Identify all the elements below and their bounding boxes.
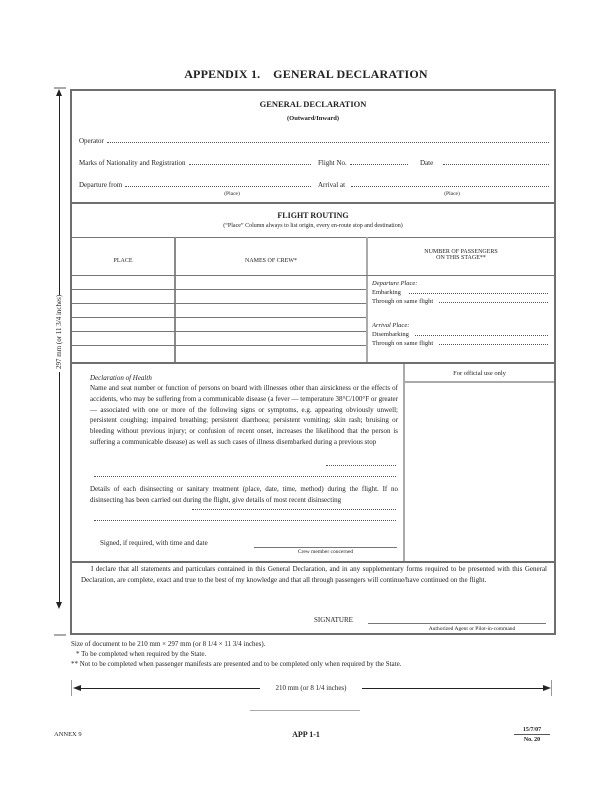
through-departure-field[interactable]: Through on same flight: [372, 298, 550, 305]
operator-field[interactable]: Operator: [79, 137, 551, 145]
side-dimension-line-top: [59, 95, 60, 295]
through-departure-input-line[interactable]: [439, 301, 548, 303]
date-input-line[interactable]: [443, 163, 549, 165]
routing-row-line: [72, 345, 366, 346]
bottom-dim-line-right: [362, 688, 543, 689]
flight-no-label: Flight No.: [318, 159, 347, 167]
general-declaration-form: GENERAL DECLARATION (Outward/Inward) Ope…: [70, 89, 556, 635]
through-arrival-input-line[interactable]: [439, 343, 548, 345]
arrow-right-icon: [543, 685, 551, 691]
operator-label: Operator: [79, 137, 104, 145]
appendix-title: APPENDIX 1. GENERAL DECLARATION: [0, 67, 612, 82]
section-divider: [72, 362, 554, 364]
departure-field[interactable]: Departure from: [79, 181, 313, 189]
departure-label: Departure from: [79, 181, 122, 189]
routing-row-line: [72, 331, 366, 332]
signature-line[interactable]: [368, 623, 546, 624]
embarking-label: Embarking: [372, 289, 401, 296]
form-subtitle: (Outward/Inward): [72, 115, 554, 122]
embarking-input-line[interactable]: [409, 292, 548, 294]
health-illness-input-line-2[interactable]: [94, 476, 396, 477]
disembarking-label: Disembarking: [372, 331, 409, 338]
embarking-field[interactable]: Embarking: [372, 289, 550, 296]
bottom-dim-tick-left: [71, 680, 72, 696]
arrival-input-line[interactable]: [351, 185, 549, 187]
disinsecting-input-line-2[interactable]: [94, 520, 396, 521]
health-illness-input-line[interactable]: [326, 465, 396, 466]
footer-date: 15/7/07: [514, 727, 550, 735]
col-divider-1: [174, 237, 176, 362]
col-header-crew: NAMES OF CREW*: [176, 258, 366, 264]
section-divider: [72, 561, 554, 563]
arrival-place-hint: (Place): [412, 191, 492, 197]
col-divider-2: [366, 237, 368, 362]
bottom-dimension-label: 210 mm (or 8 1/4 inches): [262, 684, 360, 692]
signature-label: SIGNATURE: [314, 616, 353, 624]
arrival-field[interactable]: Arrival at: [318, 181, 551, 189]
signature-hint: Authorized Agent or Pilot-in-command: [402, 626, 542, 632]
footer-number: No. 20: [514, 737, 550, 743]
official-use-label: For official use only: [405, 370, 554, 377]
side-dimension-line-bottom: [59, 372, 60, 604]
departure-place-hint: (Place): [192, 191, 272, 197]
marks-field[interactable]: Marks of Nationality and Registration: [79, 159, 313, 167]
through-departure-label: Through on same flight: [372, 298, 433, 305]
health-paragraph-2: Details of each disinsecting or sanitary…: [90, 484, 398, 506]
disinsecting-input-line[interactable]: [192, 509, 396, 510]
departure-place-heading: Departure Place:: [372, 280, 417, 287]
col-header-passengers-line2: ON THIS STAGE**: [368, 255, 554, 261]
crew-member-hint: Crew member concerned: [254, 549, 397, 555]
bottom-dim-line-left: [80, 688, 260, 689]
crew-signature-line[interactable]: [254, 547, 397, 548]
note-star2: ** Not to be completed when passenger ma…: [71, 660, 401, 668]
routing-row-line: [72, 317, 366, 318]
routing-row-line: [72, 303, 366, 304]
routing-header-divider: [72, 237, 554, 238]
footer-annex: ANNEX 9: [54, 731, 82, 738]
signed-label: Signed, if required, with time and date: [100, 539, 208, 547]
section-divider: [72, 202, 554, 204]
health-title: Declaration of Health: [90, 374, 152, 382]
date-label: Date: [420, 159, 433, 167]
through-arrival-field[interactable]: Through on same flight: [372, 340, 550, 347]
arrival-label: Arrival at: [318, 181, 345, 189]
routing-row-line: [72, 289, 366, 290]
marks-label: Marks of Nationality and Registration: [79, 159, 186, 167]
health-paragraph-1: Name and seat number or function of pers…: [90, 383, 398, 448]
routing-columns-divider: [72, 275, 554, 276]
flight-no-input-line[interactable]: [350, 163, 408, 165]
marks-input-line[interactable]: [189, 163, 311, 165]
bottom-dim-tick-right: [551, 680, 552, 696]
note-star1: * To be completed when required by the S…: [76, 650, 206, 658]
bottom-dimension-tick: [54, 634, 66, 636]
note-size: Size of document to be 210 mm × 297 mm (…: [71, 640, 265, 648]
col-header-passengers: NUMBER OF PASSENGERS ON THIS STAGE**: [368, 249, 554, 261]
through-arrival-label: Through on same flight: [372, 340, 433, 347]
col-header-place: PLACE: [72, 258, 174, 264]
arrival-place-heading: Arrival Place:: [372, 322, 409, 329]
flight-no-field[interactable]: Flight No.: [318, 159, 410, 167]
departure-input-line[interactable]: [125, 185, 311, 187]
side-dimension-label: 297 mm (or 11 3/4 inches): [55, 299, 63, 369]
operator-input-line[interactable]: [107, 141, 549, 143]
disembarking-input-line[interactable]: [415, 334, 548, 336]
declaration-text: I declare that all statements and partic…: [81, 564, 547, 585]
routing-title: FLIGHT ROUTING: [72, 211, 554, 220]
arrow-down-icon: [56, 602, 62, 609]
official-use-divider: [403, 364, 405, 561]
disembarking-field[interactable]: Disembarking: [372, 331, 550, 338]
footer-page: APP 1-1: [256, 730, 356, 739]
form-title: GENERAL DECLARATION: [72, 99, 554, 109]
official-use-divider-h: [405, 381, 554, 383]
footer-rule: [250, 710, 360, 711]
date-field[interactable]: Date: [420, 159, 551, 167]
routing-note: (“Place” Column always to list origin, e…: [72, 223, 554, 229]
